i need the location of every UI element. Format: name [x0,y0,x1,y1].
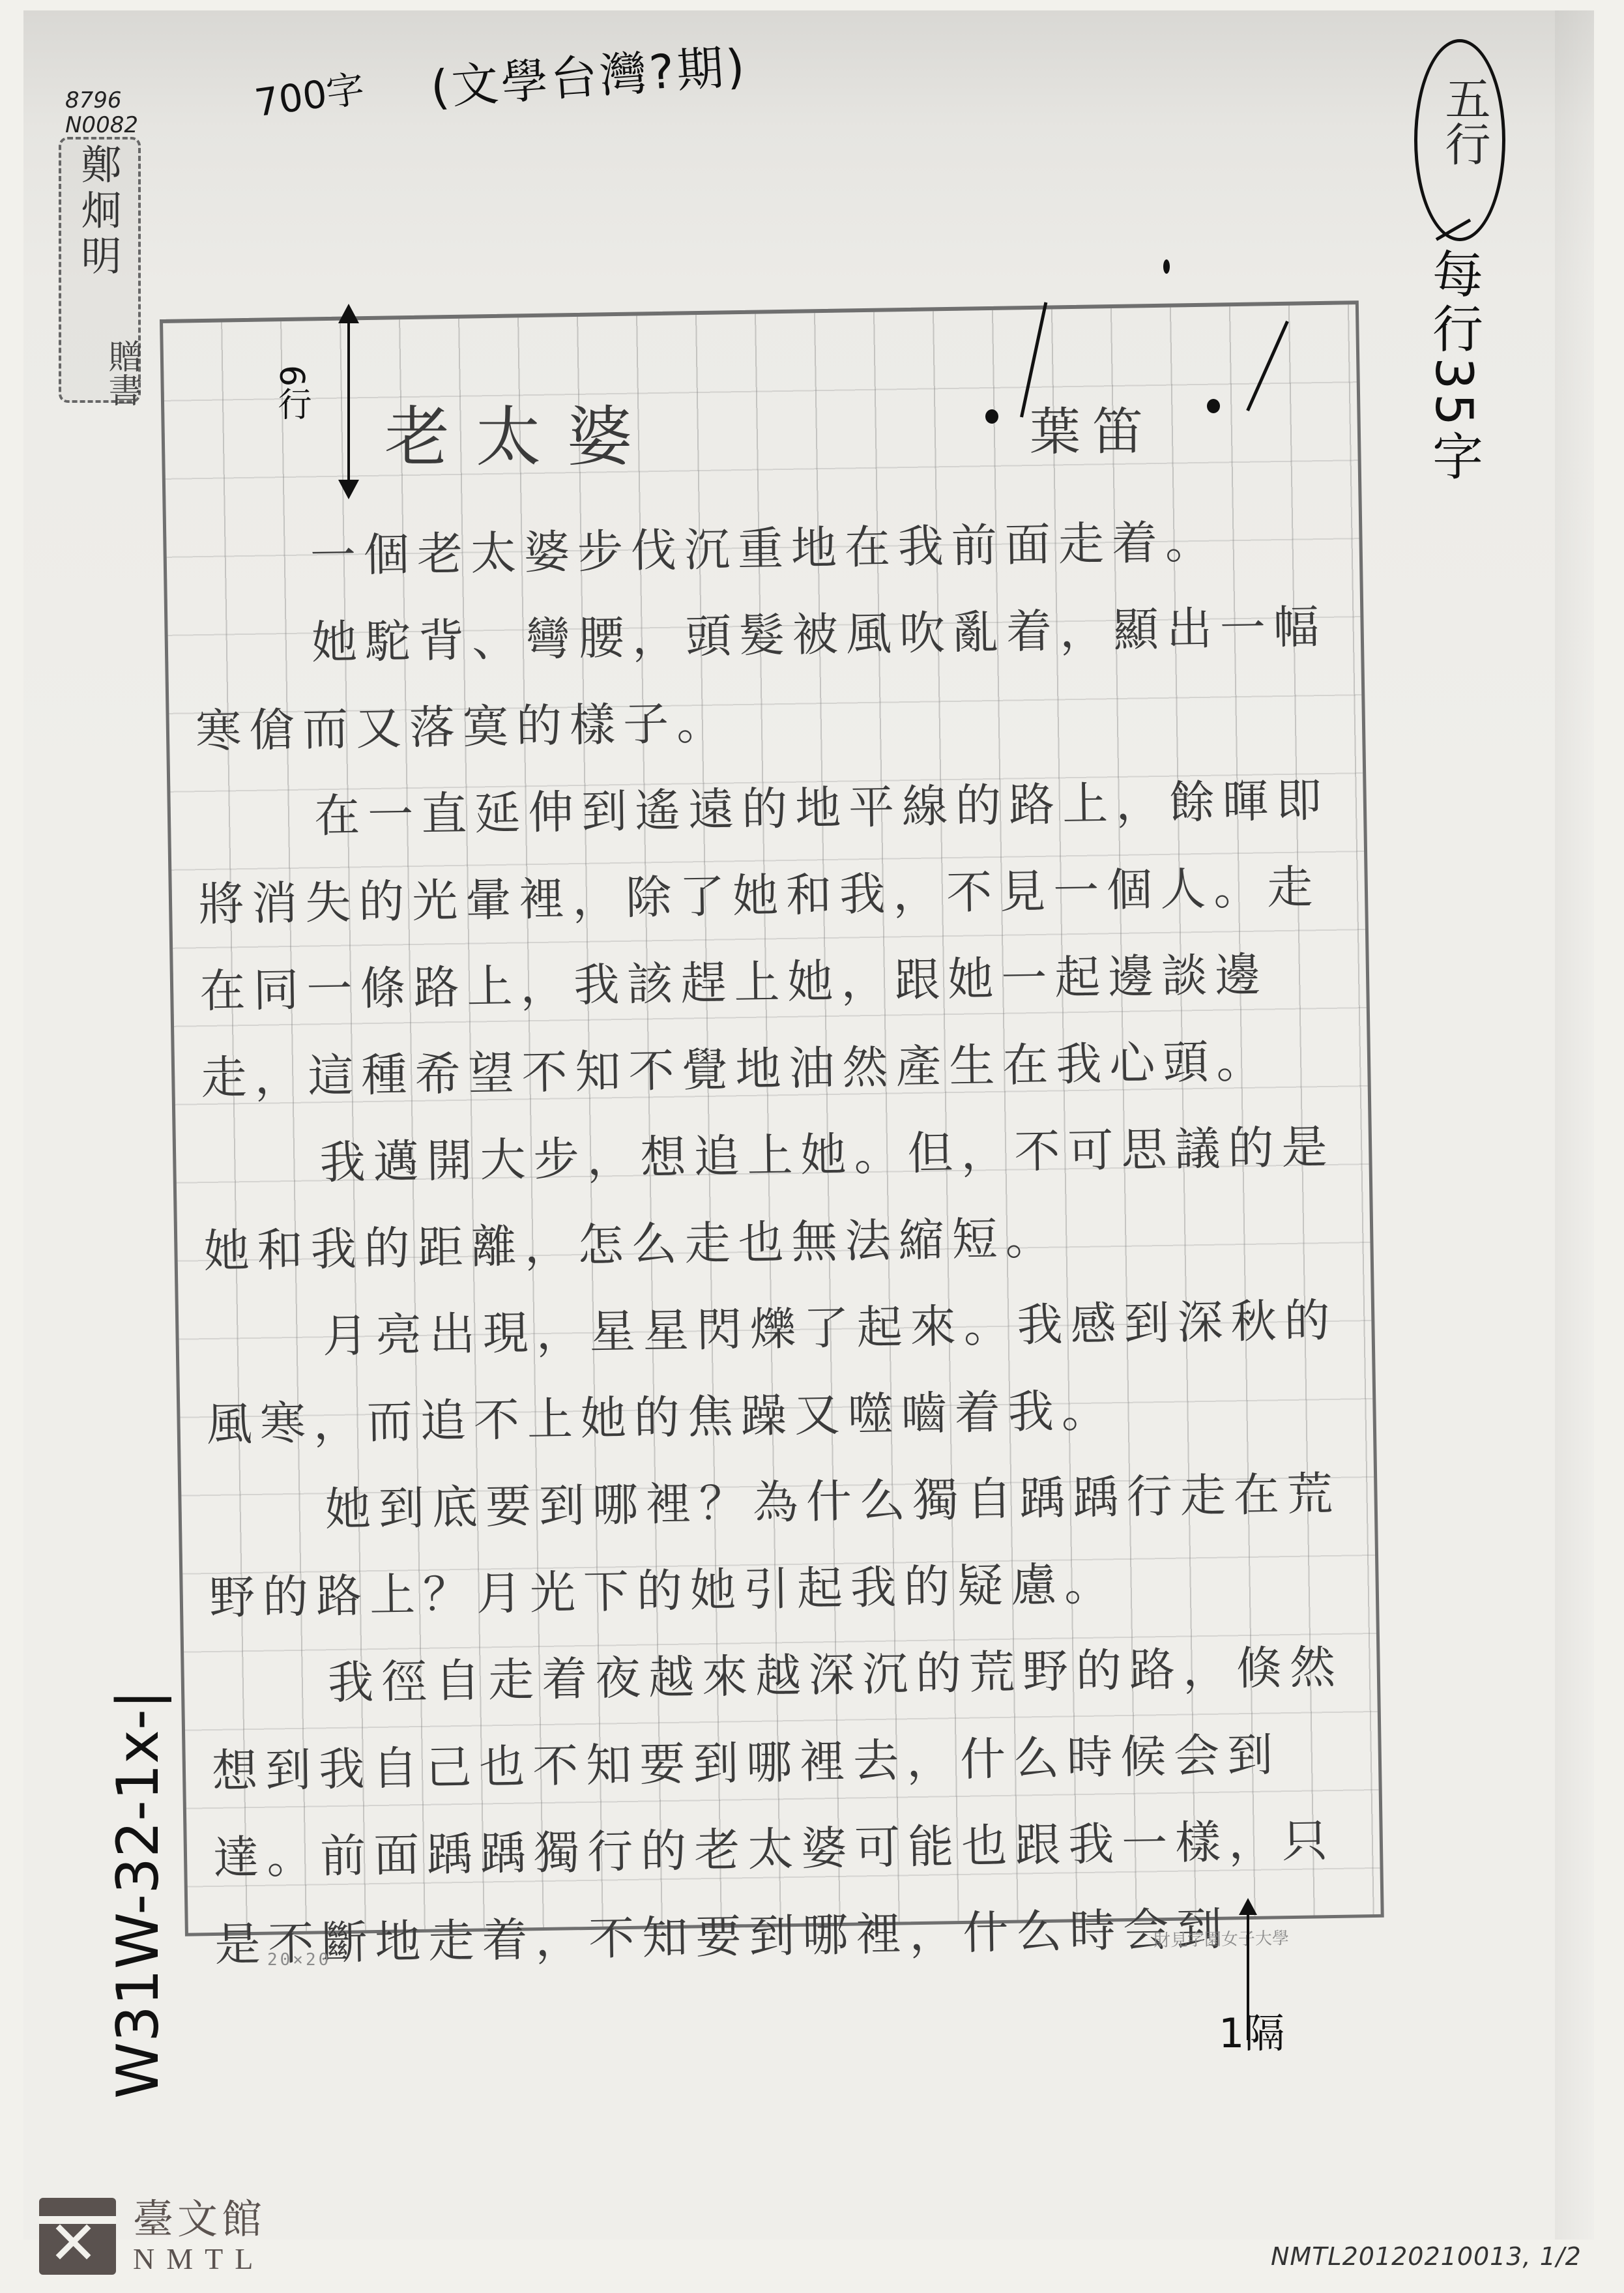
paragraph: 她到底要到哪裡？為什么獨自踽踽行走在荒野的路上？月光下的她引起我的疑慮。 [207,1450,1370,1642]
bottom-note: 1隔 [1219,2001,1284,2059]
nmtl-logo-icon [39,2198,116,2275]
nmtl-logo: 臺文館 NMTL [39,2197,266,2276]
paper-maker-label: 財見字園女子大學 [1153,1925,1290,1951]
nmtl-logo-text: 臺文館 NMTL [133,2197,266,2276]
document-author: 葉笛 [1030,391,1155,464]
spacing-arrow-icon [347,306,350,495]
circled-note: 五行 [1414,39,1505,241]
title-rows-note: 6行 [267,365,316,420]
stamp-suffix: 贈書 [98,339,147,407]
document-title: 老太婆 [384,385,658,478]
author-mark-right-dot [1207,399,1220,413]
side-id: W31W-32-1x-| [104,1690,171,2099]
logo-en: NMTL [133,2242,266,2276]
paragraph: 她駝背、彎腰，頭髮被風吹亂着，顯出一幅寒傖而又落寞的樣子。 [194,583,1356,775]
stamp-name: 鄭炯明 [69,143,128,280]
paragraph: 月亮出現，星星閃爍了起來。我感到深秋的風寒，而追不上她的焦躁又噬嚙着我。 [205,1277,1367,1468]
stray-mark [1163,259,1170,274]
manuscript-body: 一個老太婆步伐沉重地在我前面走着。 她駝背、彎腰，頭髮被風吹亂着，顯出一幅寒傖而… [192,497,1375,1989]
paragraph: 我邁開大步，想追上她。但，不可思議的是她和我的距離，怎么走也無法縮短。 [202,1103,1365,1295]
circled-note-text: 五行 [1432,75,1498,166]
catalog-number-line: 8796 [65,88,138,113]
archive-id: NMTL20120210013, 1/2 [1271,2242,1582,2271]
sheet-shadow [1555,10,1594,2240]
grid-spec-label: 20×20 [267,1950,331,1970]
catalog-code-line: N0082 [65,113,138,138]
author-mark-left-dot [985,409,998,424]
per-line-note: 每行35字 [1421,248,1486,484]
catalog-number: 8796 N0082 [65,88,138,138]
paragraph: 在一直延伸到遙遠的地平線的路上，餘暉即將消失的光暈裡，除了她和我，不見一個人。走… [196,757,1361,1122]
side-id-area: W31W-32-1x-| [26,1577,156,2099]
logo-cn: 臺文館 [133,2197,266,2242]
